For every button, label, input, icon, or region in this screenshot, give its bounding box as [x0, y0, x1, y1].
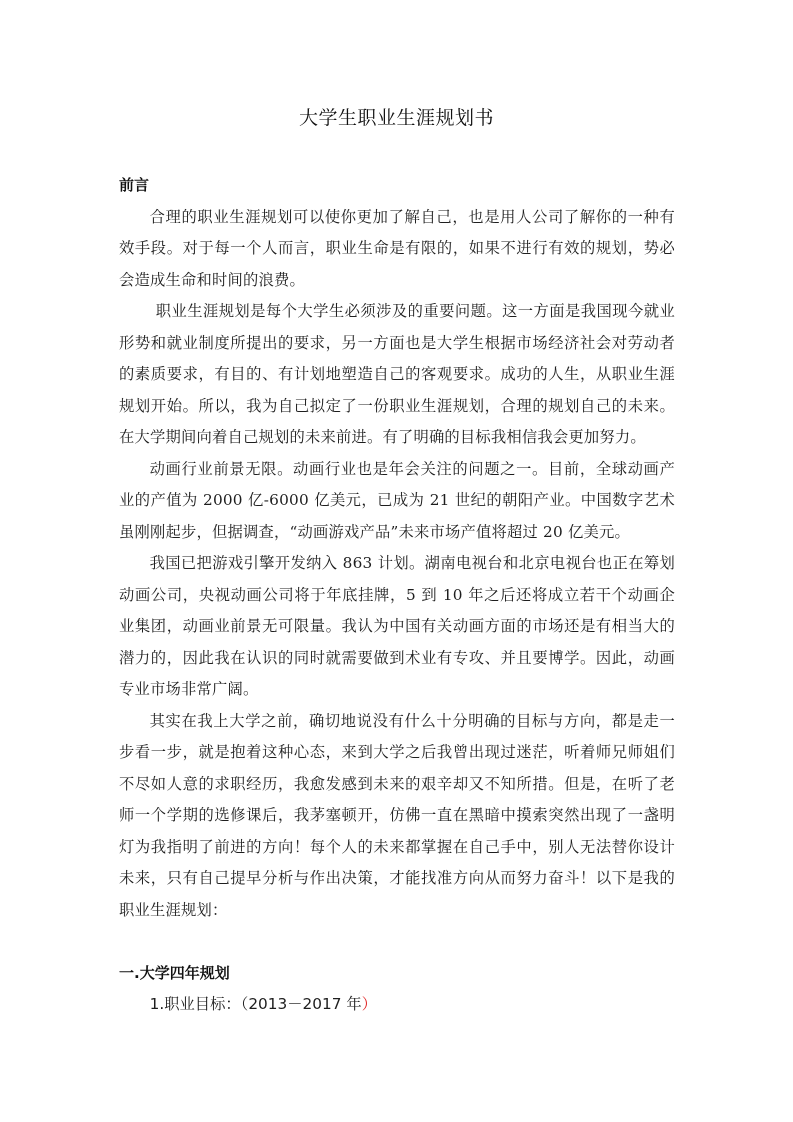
document-body: 前言 合理的职业生涯规划可以使你更加了解自己，也是用人公司了解你的一种有效手段。…	[119, 170, 675, 1021]
paragraph: 其实在我上大学之前，确切地说没有什么十分明确的目标与方向，都是走一步看一步，就是…	[119, 706, 675, 927]
paragraph: 我国已把游戏引擎开发纳入 863 计划。湖南电视台和北京电视台也正在筹划动画公司…	[119, 548, 675, 706]
document-title: 大学生职业生涯规划书	[0, 103, 793, 130]
paragraph: 职业生涯规划是每个大学生必须涉及的重要问题。这一方面是我国现今就业形势和就业制度…	[119, 296, 675, 454]
paragraph: 动画行业前景无限。动画行业也是年会关注的问题之一。目前，全球动画产业的产值为 2…	[119, 454, 675, 549]
document-page: 大学生职业生涯规划书 前言 合理的职业生涯规划可以使你更加了解自己，也是用人公司…	[0, 0, 793, 1122]
subitem-closing-paren: ）	[362, 995, 377, 1013]
spacer	[119, 926, 675, 958]
section-heading-four-year-plan: 一.大学四年规划	[119, 958, 675, 990]
section-heading-preface: 前言	[119, 170, 675, 202]
subitem-career-goal: 1.职业目标：（2013－2017 年）	[119, 989, 675, 1021]
paragraph: 合理的职业生涯规划可以使你更加了解自己，也是用人公司了解你的一种有效手段。对于每…	[119, 202, 675, 297]
subitem-label: 1.职业目标：（2013－2017 年	[150, 995, 362, 1013]
